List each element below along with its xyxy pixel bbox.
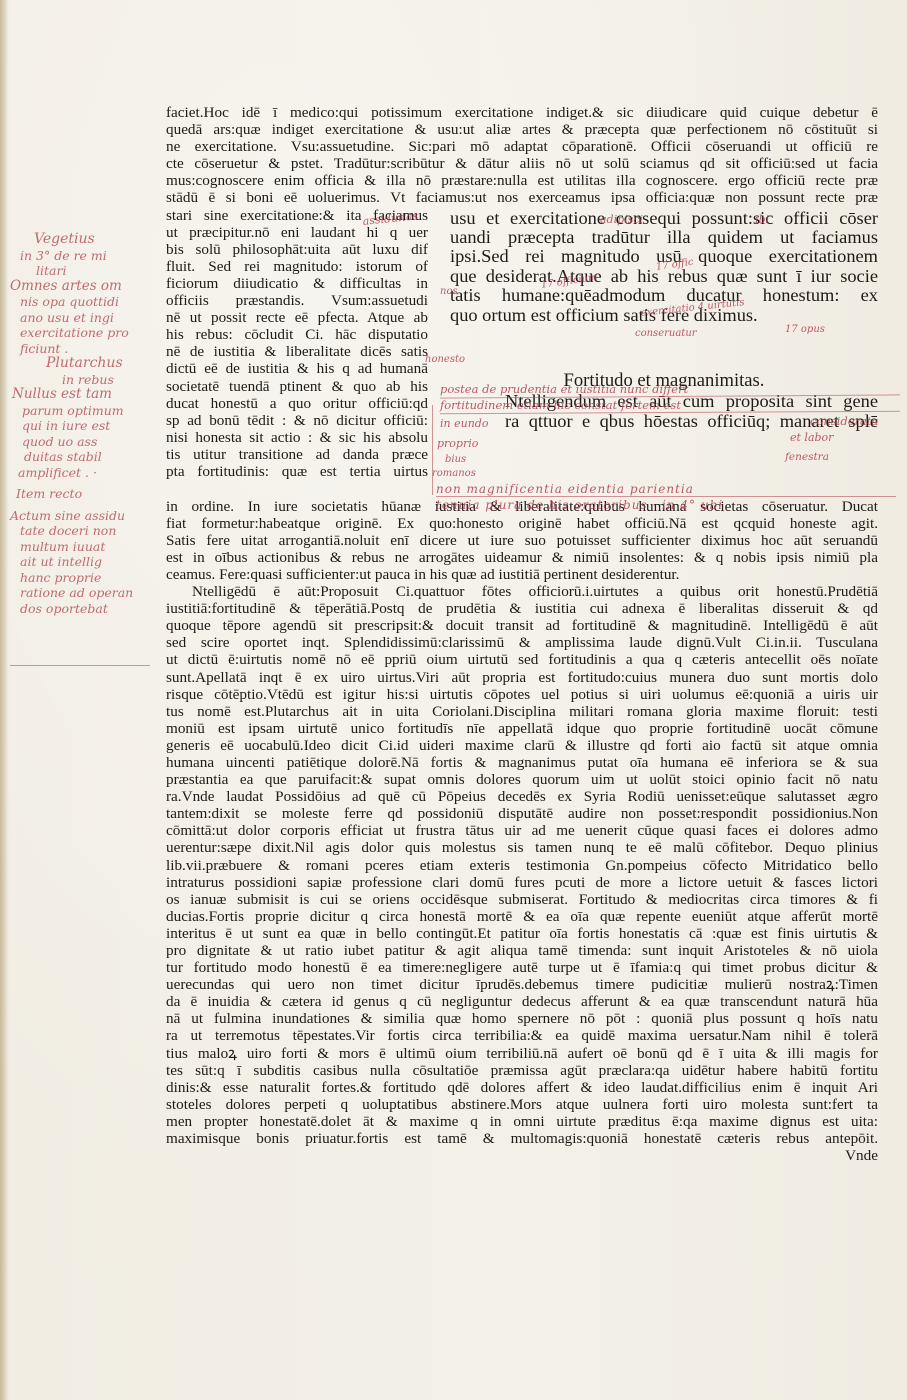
text-line: cte cōseruetur & pstet. Tradūtur:scribūt… bbox=[166, 155, 878, 172]
manuscript-page: faciet.Hoc idē ī medico:qui potissimum e… bbox=[0, 0, 907, 1400]
annotation-line: qui in iure est bbox=[6, 418, 164, 434]
text-line: ceamus. Fere:quasi sufficienter:ut pauca… bbox=[166, 566, 878, 583]
annotation-line: Item recto bbox=[6, 486, 164, 502]
text-line: ra ut terremotus tēpestates.Vir fortis c… bbox=[166, 1027, 878, 1044]
text-line: Ntelligēdū ē aūt:Proposuit Ci.quattuor f… bbox=[166, 583, 878, 600]
interlinear-annotation: nos bbox=[440, 284, 458, 300]
catchword: Vnde bbox=[166, 1147, 878, 1164]
text-line: societatē tuendā ptinent & quo ab his bbox=[166, 378, 428, 395]
annotation-line: ano usu et ingi bbox=[6, 310, 164, 326]
annotation-line: Nullus est tam bbox=[6, 387, 164, 403]
text-line: tius maloꝝ uiro forti & mors ē ultimū oi… bbox=[166, 1045, 878, 1062]
text-line: tes sūt:q ī subditis casibus nulla cōsul… bbox=[166, 1062, 878, 1079]
text-line: ducias.Fortis proprie dicitur q circa ho… bbox=[166, 908, 878, 925]
annotation-line: tate doceri non bbox=[6, 523, 164, 539]
text-line: nē de iustitia & liberalitate dicēs sati… bbox=[166, 343, 428, 360]
text-line: maximisque bonis priuatur.fortis est tam… bbox=[166, 1130, 878, 1147]
gutter-stain bbox=[0, 0, 8, 1400]
text-line: da ē inuidia & cætera id genus q cū negl… bbox=[166, 993, 878, 1010]
text-line: uerecundas qui uero non timet dicitur īp… bbox=[166, 976, 878, 993]
annotation-line: Plutarchus bbox=[6, 356, 164, 372]
annotation-line: dos oportebat bbox=[6, 601, 164, 617]
annotation-line: in rebus bbox=[6, 372, 164, 388]
two-column-section: stari sine exercitatione:& ita faciamus … bbox=[166, 207, 878, 498]
text-line: ut dictū ē:uirtutis nomē nō eē ppriū oiu… bbox=[166, 651, 878, 668]
main-text-line: usu et exercitatione consequi possunt:si… bbox=[450, 209, 878, 228]
annotation-line: exercitatione pro bbox=[6, 325, 164, 341]
interlinear-annotation: honesto bbox=[425, 352, 465, 368]
text-line: nē ut possit recte eē pfecta. Atque ab bbox=[166, 309, 428, 326]
text-line: sed scire oportet inqt. Splendidissimū:c… bbox=[166, 634, 878, 651]
text-line: generis eē uocabulū.Ideo dicit Ci.id uid… bbox=[166, 737, 878, 754]
annotation-line: hanc proprie bbox=[6, 570, 164, 586]
text-line: quedā ars:quæ indiget exercitatione & us… bbox=[166, 121, 878, 138]
commentary-left-column: stari sine exercitatione:& ita faciamus … bbox=[166, 207, 428, 481]
text-line: ducat honestū a quo oritur officiū:qd bbox=[166, 395, 428, 412]
interlinear-annotation: fenestra bbox=[785, 450, 829, 466]
text-line: os ianuæ submisit is cui se oriens occid… bbox=[166, 891, 878, 908]
annotation-line: Omnes artes om bbox=[6, 279, 164, 295]
text-line: uerentur:sæpe dixit.Nil agis dolor quis … bbox=[166, 839, 878, 856]
text-line: stoteles dolores perpeti q uoluptatibus … bbox=[166, 1096, 878, 1113]
annotation-stroke bbox=[432, 405, 433, 495]
text-line: mus:cognoscere enim officia & illa nō pr… bbox=[166, 172, 878, 189]
annotation-underline bbox=[10, 665, 150, 666]
interlinear-annotation: et labor bbox=[790, 430, 833, 446]
text-line: risque cōtēptio.Vtēdū est igitur his:si … bbox=[166, 686, 878, 703]
text-line: cōmittā:ut dolor corporis efficiat ut fr… bbox=[166, 822, 878, 839]
annotation-line: in 3° de re mi bbox=[6, 248, 164, 264]
text-line: bis solū philosophāt:uita aūt luxu dif bbox=[166, 241, 428, 258]
text-line: faciet.Hoc idē ī medico:qui potissimum e… bbox=[166, 104, 878, 121]
commentary-lower: in ordine. In iure societatis hūanæ iust… bbox=[166, 498, 878, 1165]
annotation-line: ait ut intellig bbox=[6, 554, 164, 570]
text-line: ficiorum diiudicatio & difficultas in bbox=[166, 275, 428, 292]
interlinear-annotation: tenuia plura de his oratoribus · in 4° u… bbox=[436, 498, 723, 514]
annotation-line: Vegetius bbox=[6, 232, 164, 248]
annotation-line: quod uo ass bbox=[6, 434, 164, 450]
text-line: est in oībus actionibus & rebus ne arrog… bbox=[166, 549, 878, 566]
printed-text-block: faciet.Hoc idē ī medico:qui potissimum e… bbox=[166, 104, 878, 1164]
annotation-line: nis opa quottidi bbox=[6, 294, 164, 310]
interlinear-annotation: proprio bbox=[437, 436, 478, 452]
interlinear-annotation: considerata bbox=[810, 414, 878, 430]
text-line: lib.vii.præbuere & romani pceres etiam e… bbox=[166, 857, 878, 874]
text-line: quoque tēpore agendū sit prescripsit:& d… bbox=[166, 617, 878, 634]
interlinear-annotation: conseruatur bbox=[635, 326, 697, 342]
text-line: stādū ē si boni eē uoluerimus. Vt faciam… bbox=[166, 189, 878, 206]
annotation-line: litari bbox=[6, 263, 164, 279]
text-line: ne exercitatione. Vsu:assuetudine. Sic:p… bbox=[166, 138, 878, 155]
text-line: sunt.Apellatā inqt ē ex uiro uirtus.Viri… bbox=[166, 669, 878, 686]
text-line: pro dignitate & ut ratio iubet patitur &… bbox=[166, 942, 878, 959]
text-line: tantem:dixit se moleste ferre qd possido… bbox=[166, 805, 878, 822]
text-line: his rebus: cōcludit Ci. hāc disputatio bbox=[166, 326, 428, 343]
text-line: Satis fere uitat arrogantiā.noluit enī d… bbox=[166, 532, 878, 549]
interlinear-annotation: in eundo bbox=[440, 416, 488, 432]
text-line: iustitiā:fortitudinē & tēperātiā.Postq d… bbox=[166, 600, 878, 617]
annotation-line: ficiunt . bbox=[6, 341, 164, 357]
annotation-line: parum optimum bbox=[6, 403, 164, 419]
text-line: præstantia ea que paruifacit:& supat omn… bbox=[166, 771, 878, 788]
annotation-line: amplificet . · bbox=[6, 465, 164, 481]
text-line: dictū eē de iustitia & his q ad humanā bbox=[166, 360, 428, 377]
spacer bbox=[450, 345, 878, 365]
text-line: tis utitur transitione ad danda præce bbox=[166, 446, 428, 463]
commentary-top: faciet.Hoc idē ī medico:qui potissimum e… bbox=[166, 104, 878, 207]
text-line: fluit. Sed rei magnitudo: istorum of bbox=[166, 258, 428, 275]
annotation-line: multum iuuat bbox=[6, 539, 164, 555]
text-line: tur fortitudo modo honestū ē ea timere:n… bbox=[166, 959, 878, 976]
annotation-line: ratione ad operan bbox=[6, 585, 164, 601]
interlinear-annotation: adipisci bbox=[600, 212, 643, 228]
text-line: tus nomē est.Plutarchus ait in uita Cori… bbox=[166, 703, 878, 720]
main-text-line: uandi præcepta tradūtur illa quidem ut f… bbox=[450, 228, 878, 247]
text-line: intraturus possidioni sapiæ professione … bbox=[166, 874, 878, 891]
text-line: nā ut fulmina inundationes & similia quæ… bbox=[166, 1010, 878, 1027]
text-line: sp ad bonū tēdit : & nō dicitur officiū: bbox=[166, 412, 428, 429]
text-line: nisi honesta sit actio : & sic his absol… bbox=[166, 429, 428, 446]
text-line: pta fortitudinis: quæ est tertia uirtus bbox=[166, 463, 428, 480]
annotation-line: duitas stabil bbox=[6, 449, 164, 465]
text-line: fiat formetur:habeatque originē. Ex quo:… bbox=[166, 515, 878, 532]
text-line: men propter honestatē.dolet āt & maxime … bbox=[166, 1113, 878, 1130]
text-line: interitus ē ut sunt ea quæ in bello cont… bbox=[166, 925, 878, 942]
interlinear-annotation: ibi bbox=[755, 212, 769, 228]
annotation-underline bbox=[436, 496, 896, 497]
text-line: ra.Vnde laudat Possidōius ad quē cū Pōpe… bbox=[166, 788, 878, 805]
margin-annotation-left: Vegetius in 3° de re mi litari Omnes art… bbox=[6, 232, 164, 616]
text-line: moniū est ipsam uirtutē unico fortitudīs… bbox=[166, 720, 878, 737]
interlinear-annotation: 17 opus bbox=[785, 322, 825, 338]
interlinear-annotation: romanos bbox=[432, 466, 476, 482]
text-line: humana uincenti patiētique dolorē.Nā for… bbox=[166, 754, 878, 771]
text-line: dinis:& esse naturalit fortes.& fortitud… bbox=[166, 1079, 878, 1096]
text-line: officiis præstandis. Vsum:assuetudi bbox=[166, 292, 428, 309]
annotation-line: Actum sine assidu bbox=[6, 508, 164, 524]
